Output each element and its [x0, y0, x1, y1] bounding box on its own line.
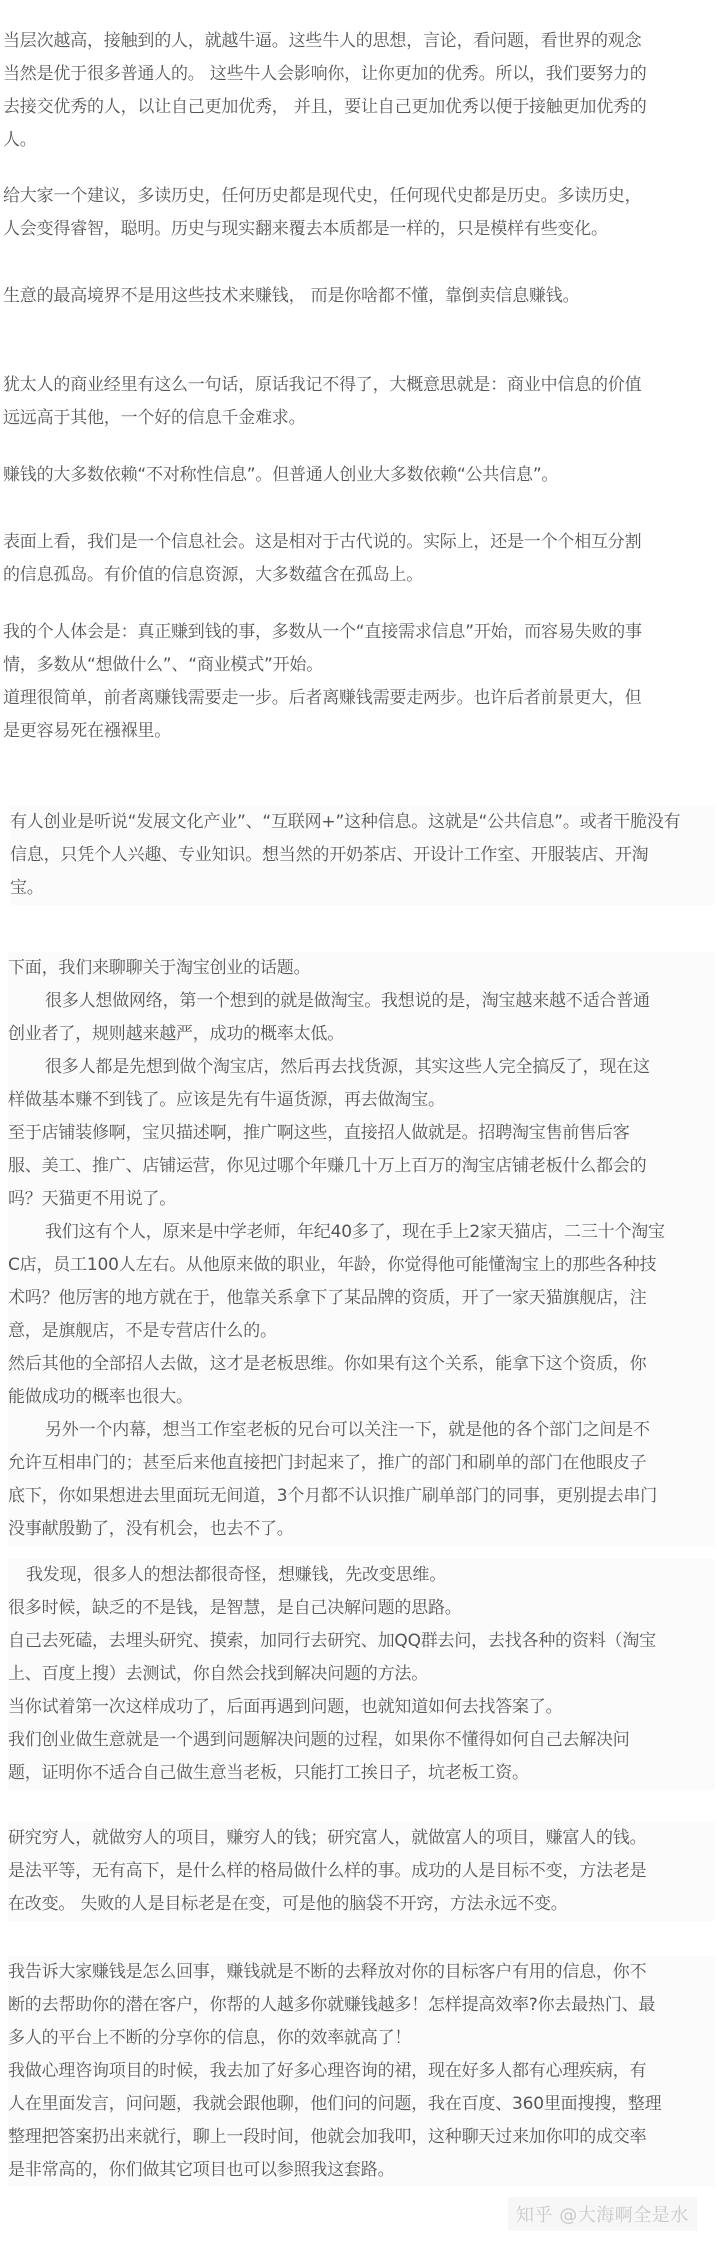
paragraph-information-islands: 表面上看，我们是一个信息社会。这是相对于古代说的。实际上，还是一个个相互分割 的… — [3, 526, 715, 592]
text-line: 上、百度上搜）去测试，你自然会找到解决问题的方法。 — [8, 1658, 715, 1691]
text-line: 远远高于其他，一个好的信息千金难求。 — [3, 402, 715, 435]
text-line: 多人的平台上不断的分享你的信息，你的效率就高了！ — [8, 2022, 715, 2055]
text-line: C店，员工100人左右。从他原来做的职业，年龄，你觉得他可能懂淘宝上的那些各种技 — [8, 1249, 715, 1282]
text-line: 信息，只凭个人兴趣、专业知识。想当然的开奶茶店、开设计工作室、开服装店、开淘 — [10, 839, 715, 872]
paragraph-social-circle: 当层次越高，接触到的人，就越牛逼。这些牛人的思想，言论，看问题，看世界的观念 当… — [3, 25, 715, 157]
text-line: 研究穷人，就做穷人的项目，赚穷人的钱；研究富人，就做富人的项目，赚富人的钱。 — [8, 1822, 715, 1855]
text-line: 当层次越高，接触到的人，就越牛逼。这些牛人的思想，言论，看问题，看世界的观念 — [3, 25, 715, 58]
text-line: 的信息孤岛。有价值的信息资源，大多数蕴含在孤岛上。 — [3, 559, 715, 592]
text-line: 我告诉大家赚钱是怎么回事，赚钱就是不断的去释放对你的目标客户有用的信息，你不 — [8, 1956, 715, 1989]
text-line: 很多人都是先想到做个淘宝店，然后再去找货源，其实这些人完全搞反了，现在这 — [8, 1051, 715, 1084]
text-line: 宝。 — [10, 872, 715, 905]
paragraph-read-history: 给大家一个建议，多读历史，任何历史都是现代史，任何现代史都是历史。多读历史， 人… — [3, 180, 715, 246]
text-line: 底下，你如果想进去里面玩无间道，3个月都不认识推广刷单部门的同事，更别提去串门 — [8, 1480, 715, 1513]
paragraph-public-info: 有人创业是听说“发展文化产业”、“互联网+”这种信息。这就是“公共信息”。或者干… — [10, 806, 715, 905]
text-line: 当然是优于很多普通人的。 这些牛人会影响你，让你更加的优秀。所以，我们要努力的 — [3, 58, 715, 91]
paragraph-rich-poor: 研究穷人，就做穷人的项目，赚穷人的钱；研究富人，就做富人的项目，赚富人的钱。 是… — [8, 1822, 715, 1921]
text-line: 服、美工、推广、店铺运营，你见过哪个年赚几十万上百万的淘宝店铺老板什么都会的 — [8, 1150, 715, 1183]
text-line: 然后其他的全部招人去做，这才是老板思维。你如果有这个关系，能拿下这个资质，你 — [8, 1348, 715, 1381]
paragraph-release-info: 我告诉大家赚钱是怎么回事，赚钱就是不断的去释放对你的目标客户有用的信息，你不 断… — [8, 1956, 715, 2187]
text-line: 很多人想做网络，第一个想到的就是做淘宝。我想说的是，淘宝越来越不适合普通 — [8, 985, 715, 1018]
text-line: 人。 — [3, 124, 715, 157]
paragraph-jewish-business: 犹太人的商业经里有这么一句话，原话我记不得了，大概意思就是：商业中信息的价值 远… — [3, 369, 715, 435]
text-line: 给大家一个建议，多读历史，任何历史都是现代史，任何现代史都是历史。多读历史， — [3, 180, 715, 213]
paragraph-taobao-startup: 下面，我们来聊聊关于淘宝创业的话题。 很多人想做网络，第一个想到的就是做淘宝。我… — [8, 952, 715, 1546]
text-line: 生意的最高境界不是用这些技术来赚钱， 而是你啥都不懂，靠倒卖信息赚钱。 — [3, 280, 715, 313]
text-line: 我发现，很多人的想法都很奇怪，想赚钱，先改变思维。 — [8, 1559, 715, 1592]
text-line: 人会变得睿智，聪明。历史与现实翻来覆去本质都是一样的，只是模样有些变化。 — [3, 213, 715, 246]
text-line: 能做成功的概率也很大。 — [8, 1381, 715, 1414]
text-line: 另外一个内幕，想当工作室老板的兄台可以关注一下，就是他的各个部门之间是不 — [8, 1414, 715, 1447]
text-line: 没事献殷勤了，没有机会，也去不了。 — [8, 1513, 715, 1546]
text-line: 样做基本赚不到钱了。应该是先有牛逼货源，再去做淘宝。 — [8, 1084, 715, 1117]
text-line: 很多时候，缺乏的不是钱，是智慧，是自己决解问题的思路。 — [8, 1592, 715, 1625]
text-line: 吗？天猫更不用说了。 — [8, 1183, 715, 1216]
text-line: 当你试着第一次这样成功了，后面再遇到问题，也就知道如何去找答案了。 — [8, 1691, 715, 1724]
text-line: 我做心理咨询项目的时候，我去加了好多心理咨询的裙，现在好多人都有心理疾病，有 — [8, 2055, 715, 2088]
text-line: 下面，我们来聊聊关于淘宝创业的话题。 — [8, 952, 715, 985]
text-line: 表面上看，我们是一个信息社会。这是相对于古代说的。实际上，还是一个个相互分割 — [3, 526, 715, 559]
text-line: 至于店铺装修啊，宝贝描述啊，推广啊这些，直接招人做就是。招聘淘宝售前售后客 — [8, 1117, 715, 1150]
text-line: 人在里面发言，问问题，我就会跟他聊，他们问的问题，我在百度、360里面搜搜，整理 — [8, 2088, 715, 2121]
text-line: 是更容易死在襁褓里。 — [3, 715, 715, 748]
text-line: 我的个人体会是：真正赚到钱的事，多数从一个“直接需求信息”开始，而容易失败的事 — [3, 616, 715, 649]
text-line: 整理把答案扔出来就行，聊上一段时间，他就会加我叩，这种聊天过来加你叩的成交率 — [8, 2121, 715, 2154]
text-line: 是非常高的，你们做其它项目也可以参照我这套路。 — [8, 2154, 715, 2187]
text-line: 题，证明你不适合自己做生意当老板，只能打工挨日子，坑老板工资。 — [8, 1757, 715, 1790]
text-line: 断的去帮助你的潜在客户，你帮的人越多你就赚钱越多！怎样提高效率?你去最热门、最 — [8, 1989, 715, 2022]
text-line: 我们创业做生意就是一个遇到问题解决问题的过程，如果你不懂得如何自己去解决问 — [8, 1724, 715, 1757]
zhihu-watermark: 知乎 @大海啊全是水 — [508, 2197, 697, 2231]
paragraph-asymmetric-info: 赚钱的大多数依赖“不对称性信息”。但普通人创业大多数依赖“公共信息”。 — [3, 459, 715, 492]
text-line: 去接交优秀的人，以让自己更加优秀， 并且，要让自己更加优秀以便于接触更加优秀的 — [3, 91, 715, 124]
text-line: 允许互相串门的；甚至后来他直接把门封起来了，推广的部门和刷单的部门在他眼皮子 — [8, 1447, 715, 1480]
paragraph-personal-experience: 我的个人体会是：真正赚到钱的事，多数从一个“直接需求信息”开始，而容易失败的事 … — [3, 616, 715, 748]
text-line: 创业者了，规则越来越严，成功的概率太低。 — [8, 1018, 715, 1051]
paragraph-change-thinking: 我发现，很多人的想法都很奇怪，想赚钱，先改变思维。 很多时候，缺乏的不是钱，是智… — [8, 1559, 715, 1790]
text-line: 术吗？他厉害的地方就在于，他靠关系拿下了某品牌的资质，开了一家天猫旗舰店，注 — [8, 1282, 715, 1315]
text-line: 意，是旗舰店，不是专营店什么的。 — [8, 1315, 715, 1348]
text-line: 是法平等，无有高下，是什么样的格局做什么样的事。成功的人是目标不变，方法老是 — [8, 1855, 715, 1888]
text-line: 赚钱的大多数依赖“不对称性信息”。但普通人创业大多数依赖“公共信息”。 — [3, 459, 715, 492]
text-line: 自己去死磕，去埋头研究、摸索，加同行去研究、加QQ群去问，去找各种的资料（淘宝 — [8, 1625, 715, 1658]
text-line: 道理很简单，前者离赚钱需要走一步。后者离赚钱需要走两步。也许后者前景更大，但 — [3, 682, 715, 715]
text-line: 有人创业是听说“发展文化产业”、“互联网+”这种信息。这就是“公共信息”。或者干… — [10, 806, 715, 839]
text-line: 我们这有个人，原来是中学老师，年纪40多了，现在手上2家天猫店，二三十个淘宝 — [8, 1216, 715, 1249]
text-line: 犹太人的商业经里有这么一句话，原话我记不得了，大概意思就是：商业中信息的价值 — [3, 369, 715, 402]
paragraph-highest-business: 生意的最高境界不是用这些技术来赚钱， 而是你啥都不懂，靠倒卖信息赚钱。 — [3, 280, 715, 313]
text-line: 在改变。 失败的人是目标老是在变，可是他的脑袋不开窍，方法永远不变。 — [8, 1888, 715, 1921]
text-line: 情，多数从“想做什么”、“商业模式”开始。 — [3, 649, 715, 682]
